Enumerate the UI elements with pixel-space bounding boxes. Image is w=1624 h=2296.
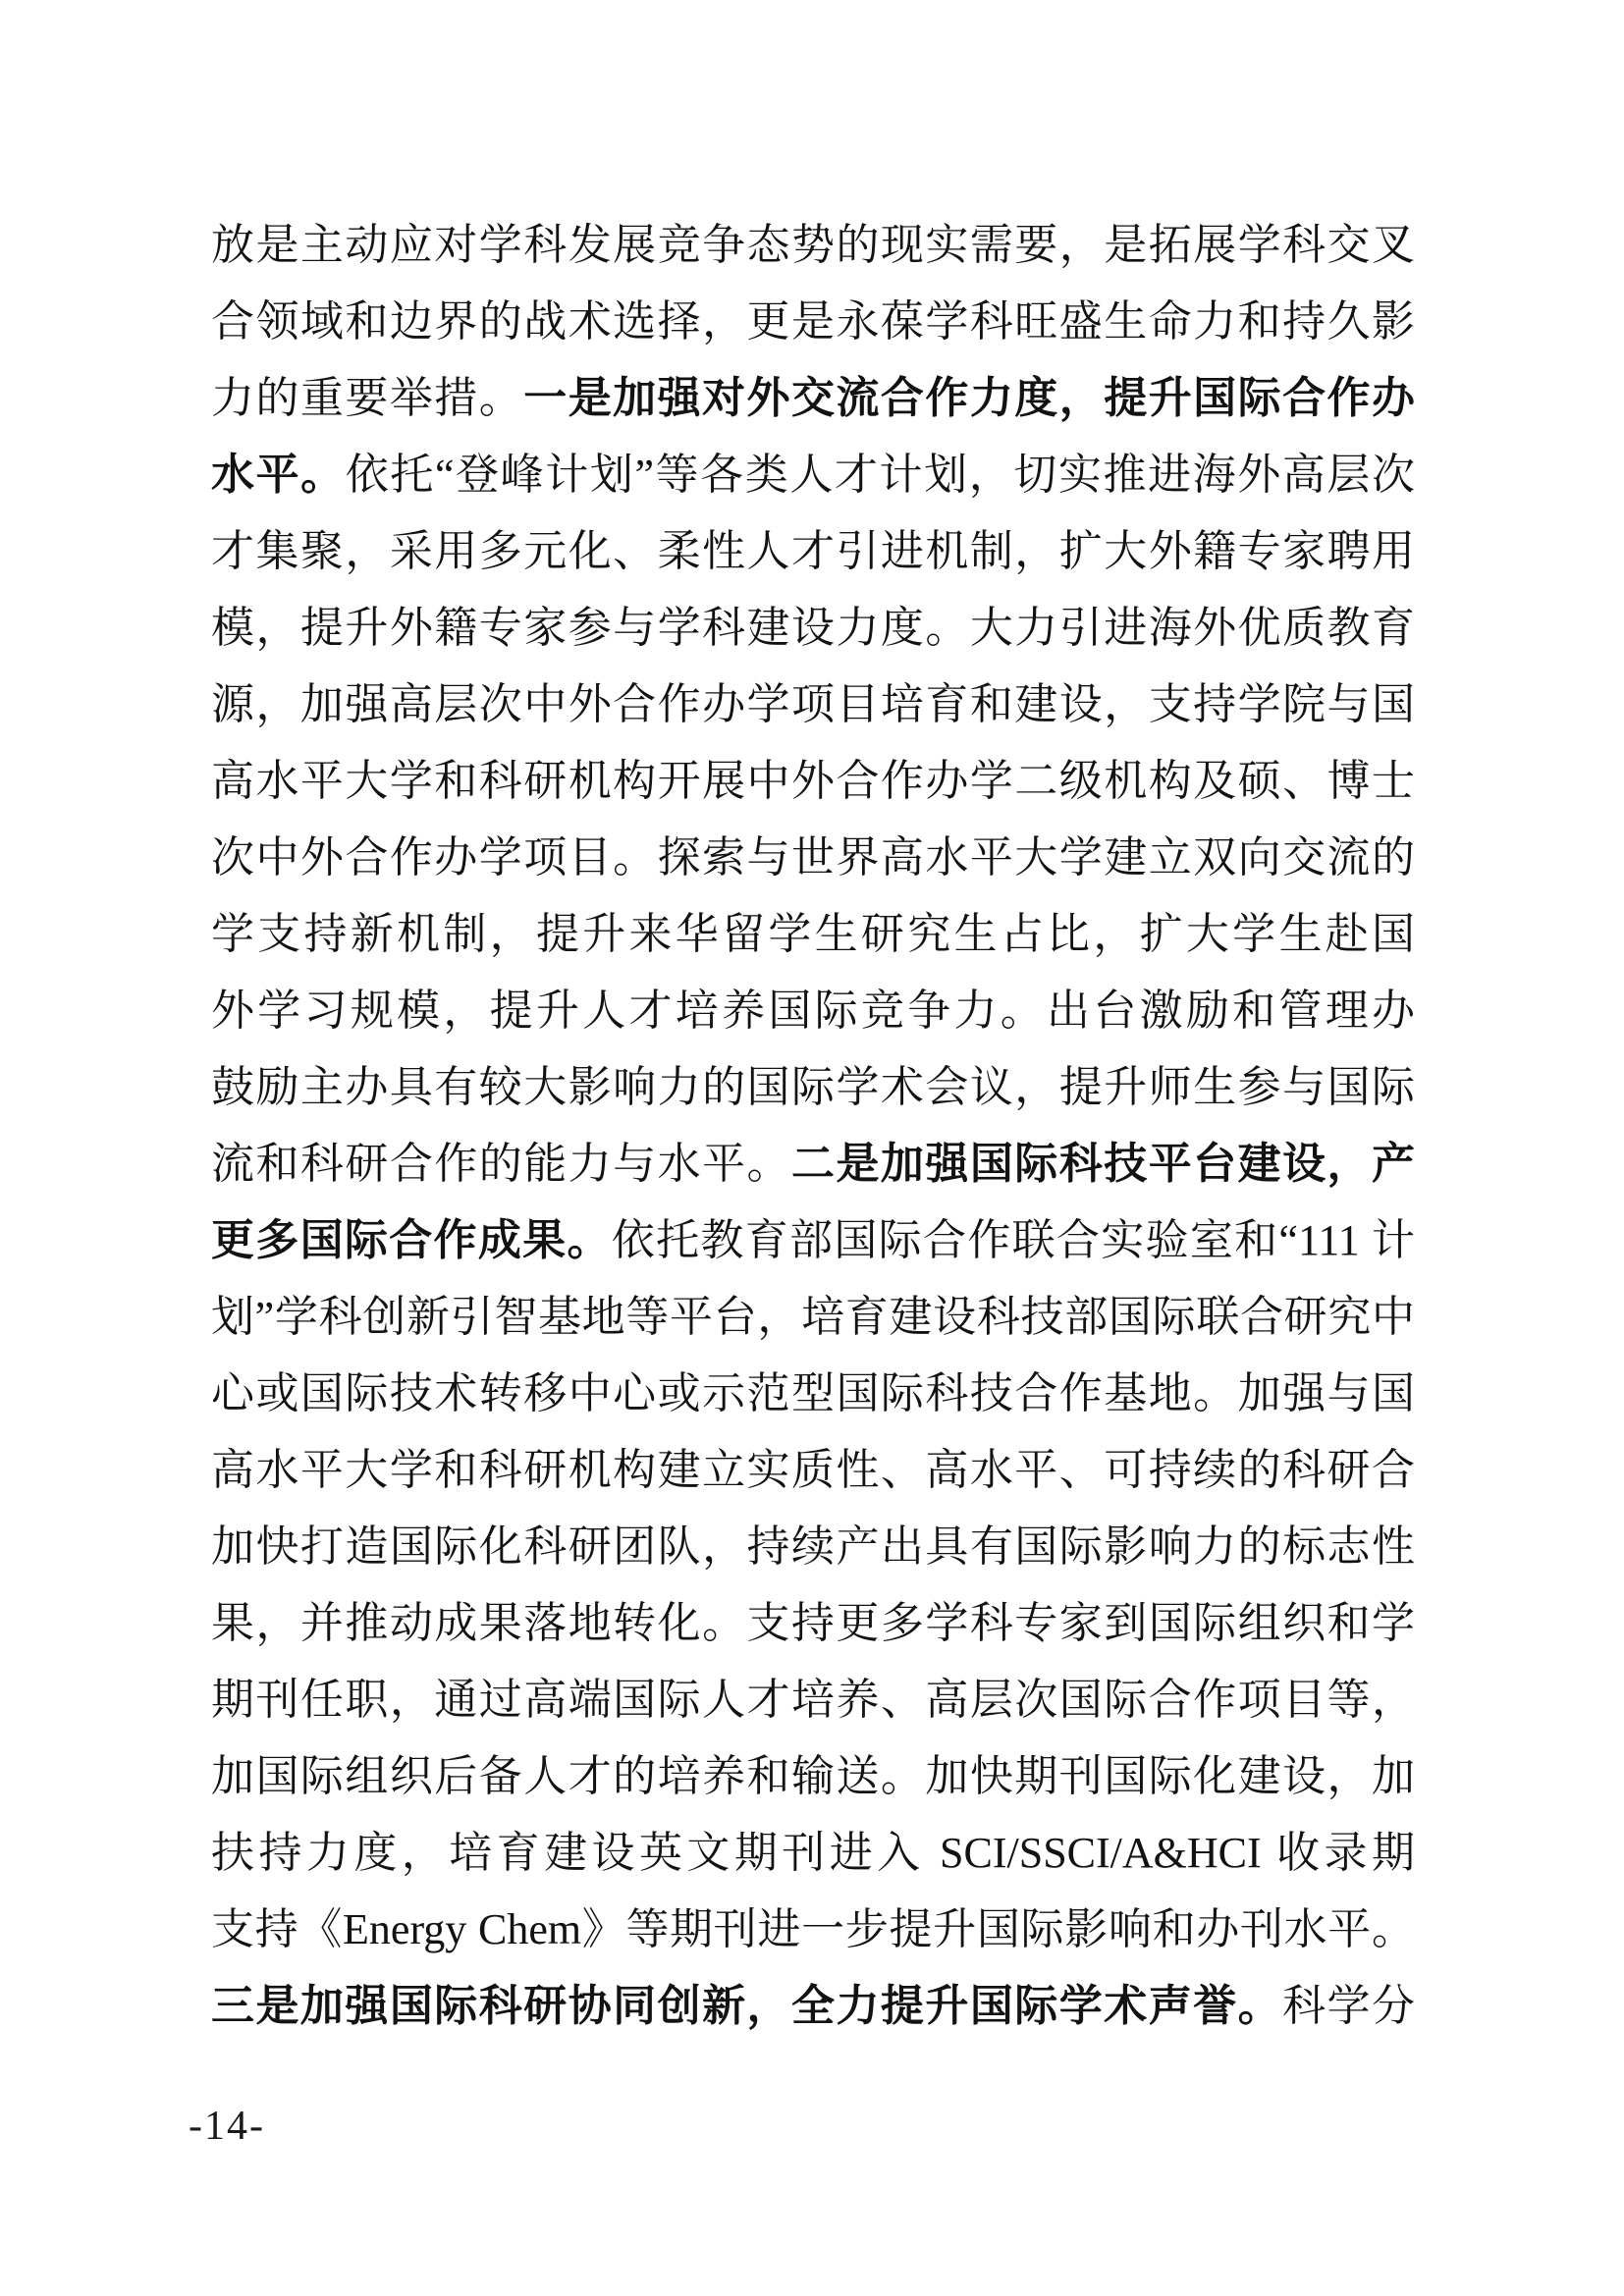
body-text: 合领域和边界的战术选择，更是永葆学科旺盛生命力和持久影响 [211, 297, 1415, 360]
text-line: 期刊任职，通过高端国际人才培养、高层次国际合作项目等，增 [211, 1662, 1415, 1738]
body-text: 扶持力度，培育建设英文期刊进入 SCI/SSCI/A&HCI 收录期刊， [211, 1829, 1415, 1892]
body-text: 源，加强高层次中外合作办学项目培育和建设，支持学院与国外 [211, 680, 1415, 743]
text-line: 次中外合作办学项目。探索与世界高水平大学建立双向交流的留 [211, 820, 1415, 896]
text-line: 划”学科创新引智基地等平台，培育建设科技部国际联合研究中 [211, 1279, 1415, 1356]
emphasis-text: 水平。 [211, 451, 346, 499]
text-line: 果，并推动成果落地转化。支持更多学科专家到国际组织和学术 [211, 1585, 1415, 1662]
body-text: 加快打造国际化科研团队，持续产出具有国际影响力的标志性成 [211, 1522, 1415, 1585]
emphasis-text: 三是加强国际科研协同创新，全力提升国际学术声誉。 [211, 1982, 1282, 2030]
text-line: 更多国际合作成果。依托教育部国际合作联合实验室和“111 计 [211, 1202, 1415, 1279]
text-line: 扶持力度，培育建设英文期刊进入 SCI/SSCI/A&HCI 收录期刊， [211, 1815, 1415, 1892]
text-line: 才集聚，采用多元化、柔性人才引进机制，扩大外籍专家聘用规 [211, 513, 1415, 590]
text-line: 鼓励主办具有较大影响力的国际学术会议，提升师生参与国际交 [211, 1049, 1415, 1126]
text-line: 合领域和边界的战术选择，更是永葆学科旺盛生命力和持久影响 [211, 284, 1415, 360]
body-text: 支持《Energy Chem》等期刊进一步提升国际影响和办刊水平。 [211, 1905, 1415, 1953]
body-text: 高水平大学和科研机构建立实质性、高水平、可持续的科研合作， [211, 1446, 1415, 1509]
body-text: 高水平大学和科研机构开展中外合作办学二级机构及硕、博士层 [211, 757, 1415, 820]
body-text: 期刊任职，通过高端国际人才培养、高层次国际合作项目等，增 [211, 1676, 1415, 1738]
body-text: 心或国际技术转移中心或示范型国际科技合作基地。加强与国外 [211, 1369, 1415, 1432]
body-text: 次中外合作办学项目。探索与世界高水平大学建立双向交流的留 [211, 833, 1415, 896]
page-number: -14- [189, 2101, 265, 2152]
body-text: 果，并推动成果落地转化。支持更多学科专家到国际组织和学术 [211, 1599, 1415, 1662]
text-line: 源，加强高层次中外合作办学项目培育和建设，支持学院与国外 [211, 667, 1415, 743]
body-text: 学支持新机制，提升来华留学生研究生占比，扩大学生赴国（境） [211, 910, 1415, 973]
text-line: 流和科研合作的能力与水平。二是加强国际科技平台建设，产出 [211, 1126, 1415, 1202]
body-text: 放是主动应对学科发展竞争态势的现实需要，是拓展学科交叉融 [211, 221, 1415, 284]
body-text: 依托“登峰计划”等各类人才计划，切实推进海外高层次人 [211, 451, 1415, 513]
document-page: 放是主动应对学科发展竞争态势的现实需要，是拓展学科交叉融合领域和边界的战术选择，… [0, 0, 1624, 2296]
body-text: 鼓励主办具有较大影响力的国际学术会议，提升师生参与国际交 [211, 1063, 1415, 1126]
text-line: 高水平大学和科研机构开展中外合作办学二级机构及硕、博士层 [211, 743, 1415, 820]
text-line: 水平。依托“登峰计划”等各类人才计划，切实推进海外高层次人 [211, 437, 1415, 513]
body-text: 力的重要举措。 [211, 374, 523, 422]
text-line: 模，提升外籍专家参与学科建设力度。大力引进海外优质教育资 [211, 590, 1415, 667]
text-line: 三是加强国际科研协同创新，全力提升国际学术声誉。科学分析 [211, 1968, 1415, 2045]
body-text: 才集聚，采用多元化、柔性人才引进机制，扩大外籍专家聘用规 [211, 527, 1415, 590]
text-line: 加快打造国际化科研团队，持续产出具有国际影响力的标志性成 [211, 1509, 1415, 1585]
text-line: 放是主动应对学科发展竞争态势的现实需要，是拓展学科交叉融 [211, 207, 1415, 284]
text-line: 支持《Energy Chem》等期刊进一步提升国际影响和办刊水平。 [211, 1892, 1415, 1968]
text-line: 高水平大学和科研机构建立实质性、高水平、可持续的科研合作， [211, 1432, 1415, 1509]
body-text: 外学习规模，提升人才培养国际竞争力。出台激励和管理办法， [211, 987, 1415, 1049]
emphasis-text: 更多国际合作成果。 [211, 1216, 612, 1264]
text-line: 学支持新机制，提升来华留学生研究生占比，扩大学生赴国（境） [211, 896, 1415, 973]
text-line: 外学习规模，提升人才培养国际竞争力。出台激励和管理办法， [211, 973, 1415, 1049]
body-text: 流和科研合作的能力与水平。 [211, 1140, 791, 1188]
body-text: 模，提升外籍专家参与学科建设力度。大力引进海外优质教育资 [211, 604, 1415, 667]
document-body: 放是主动应对学科发展竞争态势的现实需要，是拓展学科交叉融合领域和边界的战术选择，… [211, 207, 1415, 2045]
body-text: 依托教育部国际合作联合实验室和“111 计 [612, 1216, 1415, 1264]
text-line: 力的重要举措。一是加强对外交流合作力度，提升国际合作办学 [211, 360, 1415, 437]
text-line: 加国际组织后备人才的培养和输送。加快期刊国际化建设，加大 [211, 1738, 1415, 1815]
text-line: 心或国际技术转移中心或示范型国际科技合作基地。加强与国外 [211, 1356, 1415, 1432]
body-text: 加国际组织后备人才的培养和输送。加快期刊国际化建设，加大 [211, 1752, 1415, 1815]
body-text: 划”学科创新引智基地等平台，培育建设科技部国际联合研究中 [211, 1293, 1415, 1341]
